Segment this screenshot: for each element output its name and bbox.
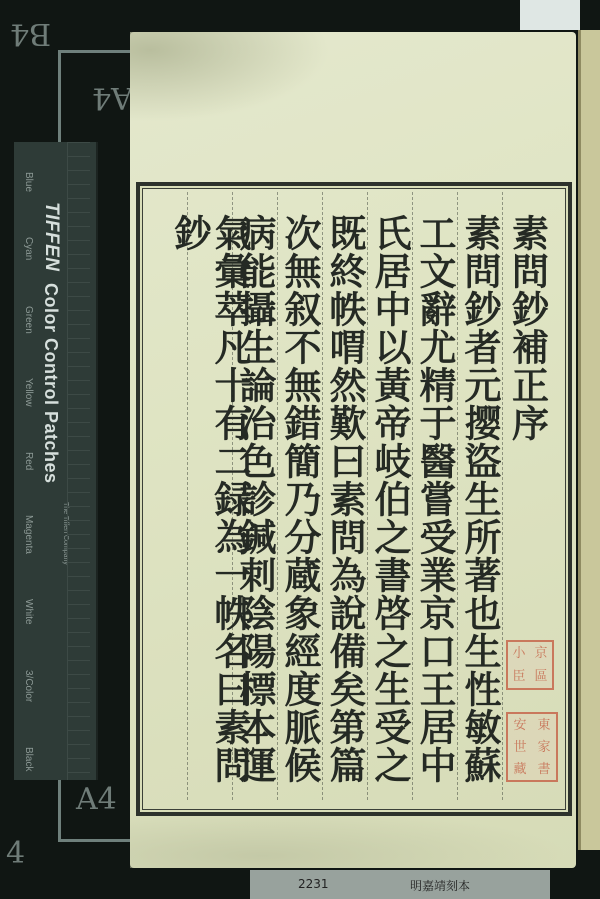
text-line: 素問鈔者元撄盜生所著也生性敏蘇: [460, 214, 500, 800]
column-1: 素問鈔者元撄盜生所著也生性敏蘇: [457, 192, 502, 800]
call-number: 2231: [298, 877, 329, 891]
color-patch-labels: Blue Cyan Green Yellow Red Magenta White…: [18, 172, 34, 772]
seal-char: 世: [508, 740, 532, 755]
column-title: 素問鈔補正序: [502, 192, 552, 800]
patch-red: Red: [18, 452, 34, 470]
seal-char: 東: [532, 718, 556, 733]
water-stain-top: [130, 32, 330, 122]
background-label-b4: B4: [10, 16, 51, 51]
patch-green: Green: [18, 306, 34, 334]
text-line: 工文辭尤精于醫嘗受業京口王居中: [415, 214, 455, 800]
column-6: 病能攝生論治色診鍼刺陰陽標本運: [232, 192, 277, 800]
tiffen-brand: TIFFEN Color Control Patches: [40, 202, 62, 484]
seal-char: 小: [508, 646, 530, 661]
seal-char: 書: [532, 762, 556, 777]
tiffen-logo: TIFFEN: [41, 202, 62, 272]
column-4: 既終帙喟然歎曰素問為說備矣第篇: [322, 192, 367, 800]
seal-char: 臣: [508, 669, 530, 684]
patch-3color: 3/Color: [18, 670, 34, 702]
patch-blue: Blue: [18, 172, 34, 192]
text-line: 次無叙不無錯簡乃分蔵象經度脈候: [280, 214, 320, 800]
tiffen-color-strip: Blue Cyan Green Yellow Red Magenta White…: [14, 142, 98, 780]
upper-seal: 小 京 臣 區: [506, 640, 554, 690]
patch-yellow: Yellow: [18, 378, 34, 407]
background-label-a4-bottom: A4: [76, 782, 117, 817]
column-3: 氏居中以黃帝岐伯之書啓之生受之: [367, 192, 412, 800]
seal-char: 京: [530, 646, 552, 661]
text-columns: 素問鈔補正序 素問鈔者元撄盜生所著也生性敏蘇 工文辭尤精于醫嘗受業京口王居中 氏…: [142, 192, 552, 800]
patch-white: White: [18, 599, 34, 625]
background-label-4: 4: [6, 836, 25, 871]
lower-seal: 安 東 世 家 藏 書: [506, 712, 558, 782]
seal-char: 安: [508, 718, 532, 733]
text-line: 病能攝生論治色診鍼刺陰陽標本運: [235, 214, 275, 800]
column-7: 氣彙萃凡十有二録為一帙名曰素問鈔: [187, 192, 232, 800]
column-2: 工文辭尤精于醫嘗受業京口王居中: [412, 192, 457, 800]
patch-magenta: Magenta: [18, 515, 34, 554]
column-5: 次無叙不無錯簡乃分蔵象經度脈候: [277, 192, 322, 800]
strip-title: Color Control Patches: [41, 283, 61, 484]
patch-cyan: Cyan: [18, 237, 34, 260]
patch-black: Black: [18, 747, 34, 771]
seal-char: 區: [530, 669, 552, 684]
water-stain-bottom: [130, 808, 570, 868]
seal-char: 家: [532, 740, 556, 755]
strip-ruler: [67, 142, 90, 780]
call-slip: 2231 明嘉靖刻本: [250, 870, 550, 899]
white-tag: [520, 0, 580, 30]
seal-char: 藏: [508, 762, 532, 777]
text-line: 氏居中以黃帝岐伯之書啓之生受之: [370, 214, 410, 800]
background-label-a4-top: A4: [92, 80, 133, 115]
call-slip-title: 明嘉靖刻本: [410, 877, 470, 894]
text-line: 既終帙喟然歎曰素問為說備矣第篇: [325, 214, 365, 800]
adjacent-page-edge: [578, 30, 600, 850]
